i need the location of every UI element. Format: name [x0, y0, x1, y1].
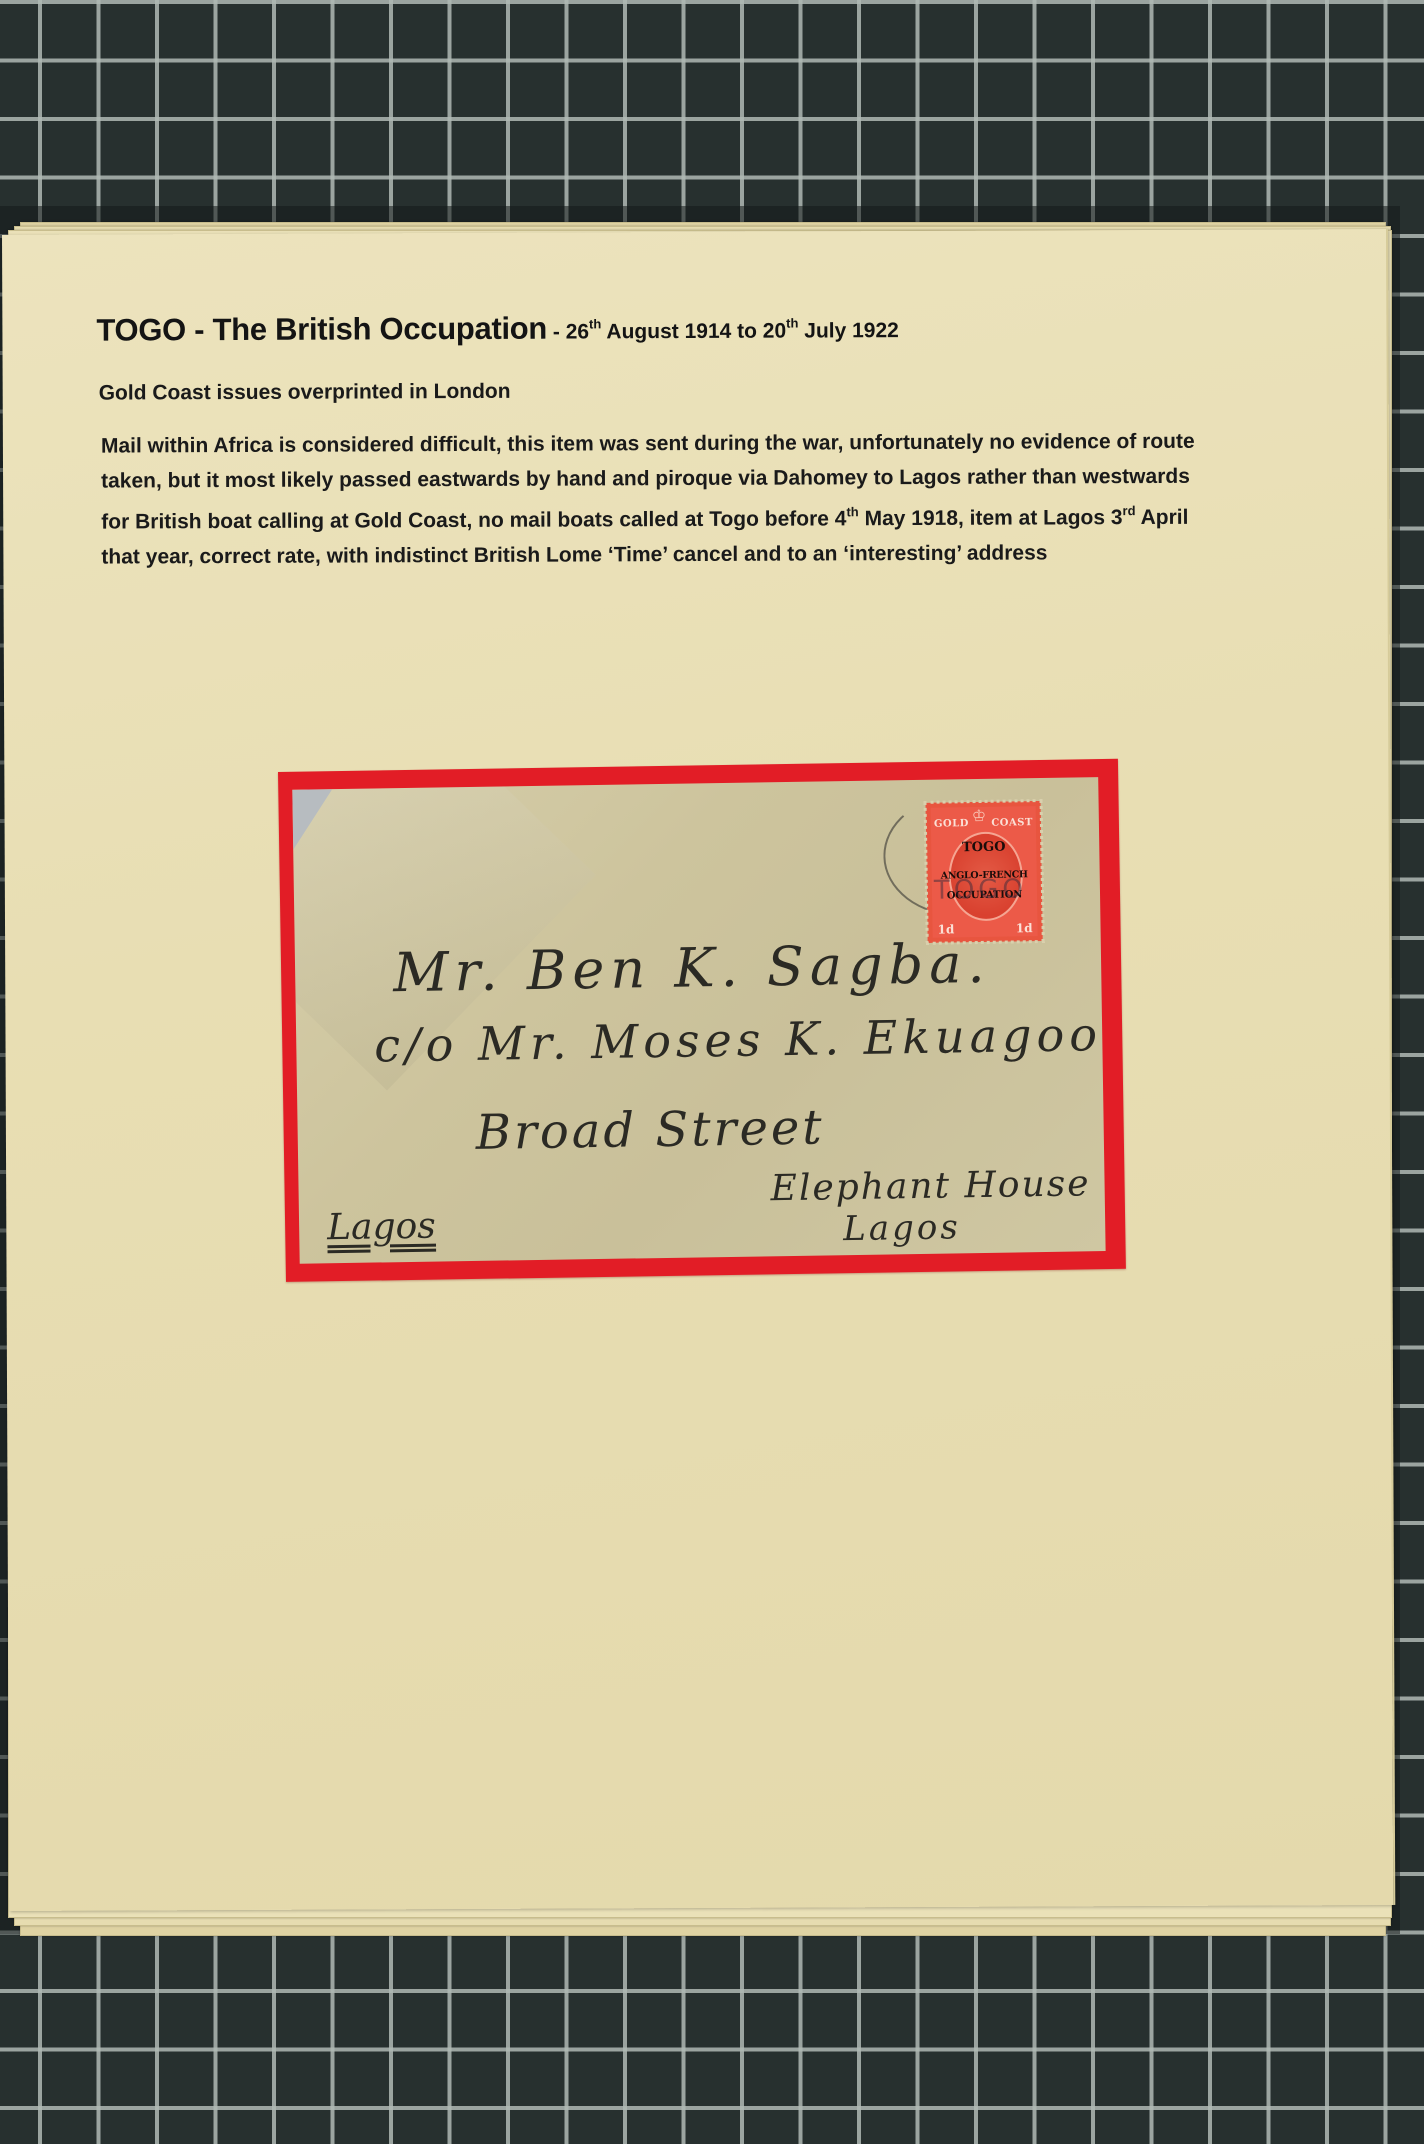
description-line: that year, correct rate, with indistinct… [101, 535, 1311, 575]
page-title: TOGO - The British Occupation - 26th Aug… [96, 309, 899, 349]
address-line-street: Broad Street [475, 1099, 825, 1160]
postage-stamp: ♔ GOLD COAST TOGO ANGLO-FRENCH OCCUPATIO… [926, 801, 1043, 943]
address-line-building: Elephant House [770, 1163, 1091, 1209]
envelope-cover: ♔ GOLD COAST TOGO ANGLO-FRENCH OCCUPATIO… [292, 777, 1105, 1264]
address-line-city: Lagos [843, 1207, 961, 1249]
postmark-text: TOGO [934, 874, 1027, 905]
crown-icon: ♔ [972, 806, 987, 825]
title-dates: - 26th August 1914 to 20th July 1922 [547, 319, 899, 344]
cover-mount: ♔ GOLD COAST TOGO ANGLO-FRENCH OCCUPATIO… [278, 759, 1126, 1282]
overprint-togo: TOGO [926, 839, 1041, 856]
stamp-ribbon-left: GOLD [934, 818, 969, 830]
description-paragraph: Mail within Africa is considered difficu… [101, 424, 1312, 574]
page-subtitle: Gold Coast issues overprinted in London [99, 380, 511, 406]
address-line-care-of: c/o Mr. Moses K. Ekuagoo [374, 1007, 1102, 1072]
stamp-value-right: 1d [1016, 921, 1033, 935]
stamp-ribbon-right: COAST [991, 817, 1033, 829]
description-line: Mail within Africa is considered difficu… [101, 424, 1311, 464]
description-line: for British boat calling at Gold Coast, … [101, 493, 1311, 540]
address-corner-note: Lagos [327, 1206, 436, 1249]
description-line: taken, but it most likely passed eastwar… [101, 459, 1311, 499]
address-line-name: Mr. Ben K. Sagba. [393, 932, 991, 1004]
title-main: TOGO - The British Occupation [96, 311, 547, 348]
